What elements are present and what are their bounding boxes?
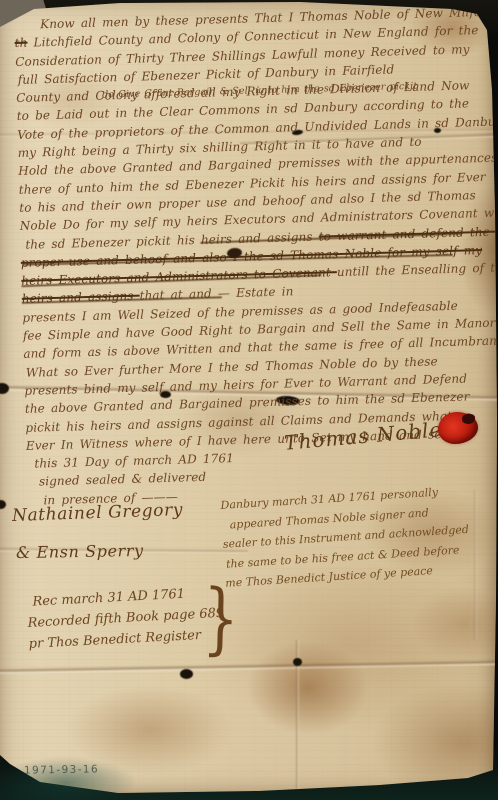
deed-document-paper: Know all men by these presents That I Th…: [0, 0, 498, 800]
catalog-number: 1971-93-16: [24, 763, 99, 776]
tear-mark: [180, 669, 193, 679]
tear-mark: [0, 500, 6, 509]
brace-mark: }: [202, 579, 240, 659]
fold-crease: [0, 659, 498, 674]
witness-name-sperry: & Ensn Sperry: [16, 541, 144, 562]
tear-mark: [293, 658, 302, 666]
recording-block: Rec march 31 AD 1761 Recorded fifth Book…: [26, 582, 226, 655]
struck-text: th: [15, 36, 28, 50]
struck-text: heirs and assigns: [22, 289, 140, 306]
acknowledgment-block: Danbury march 31 AD 1761 personally appe…: [220, 479, 498, 593]
tear-mark: [0, 383, 9, 394]
deed-text: that at and — Estate in: [139, 285, 293, 303]
photo-background: Know all men by these presents That I Th…: [0, 0, 498, 800]
